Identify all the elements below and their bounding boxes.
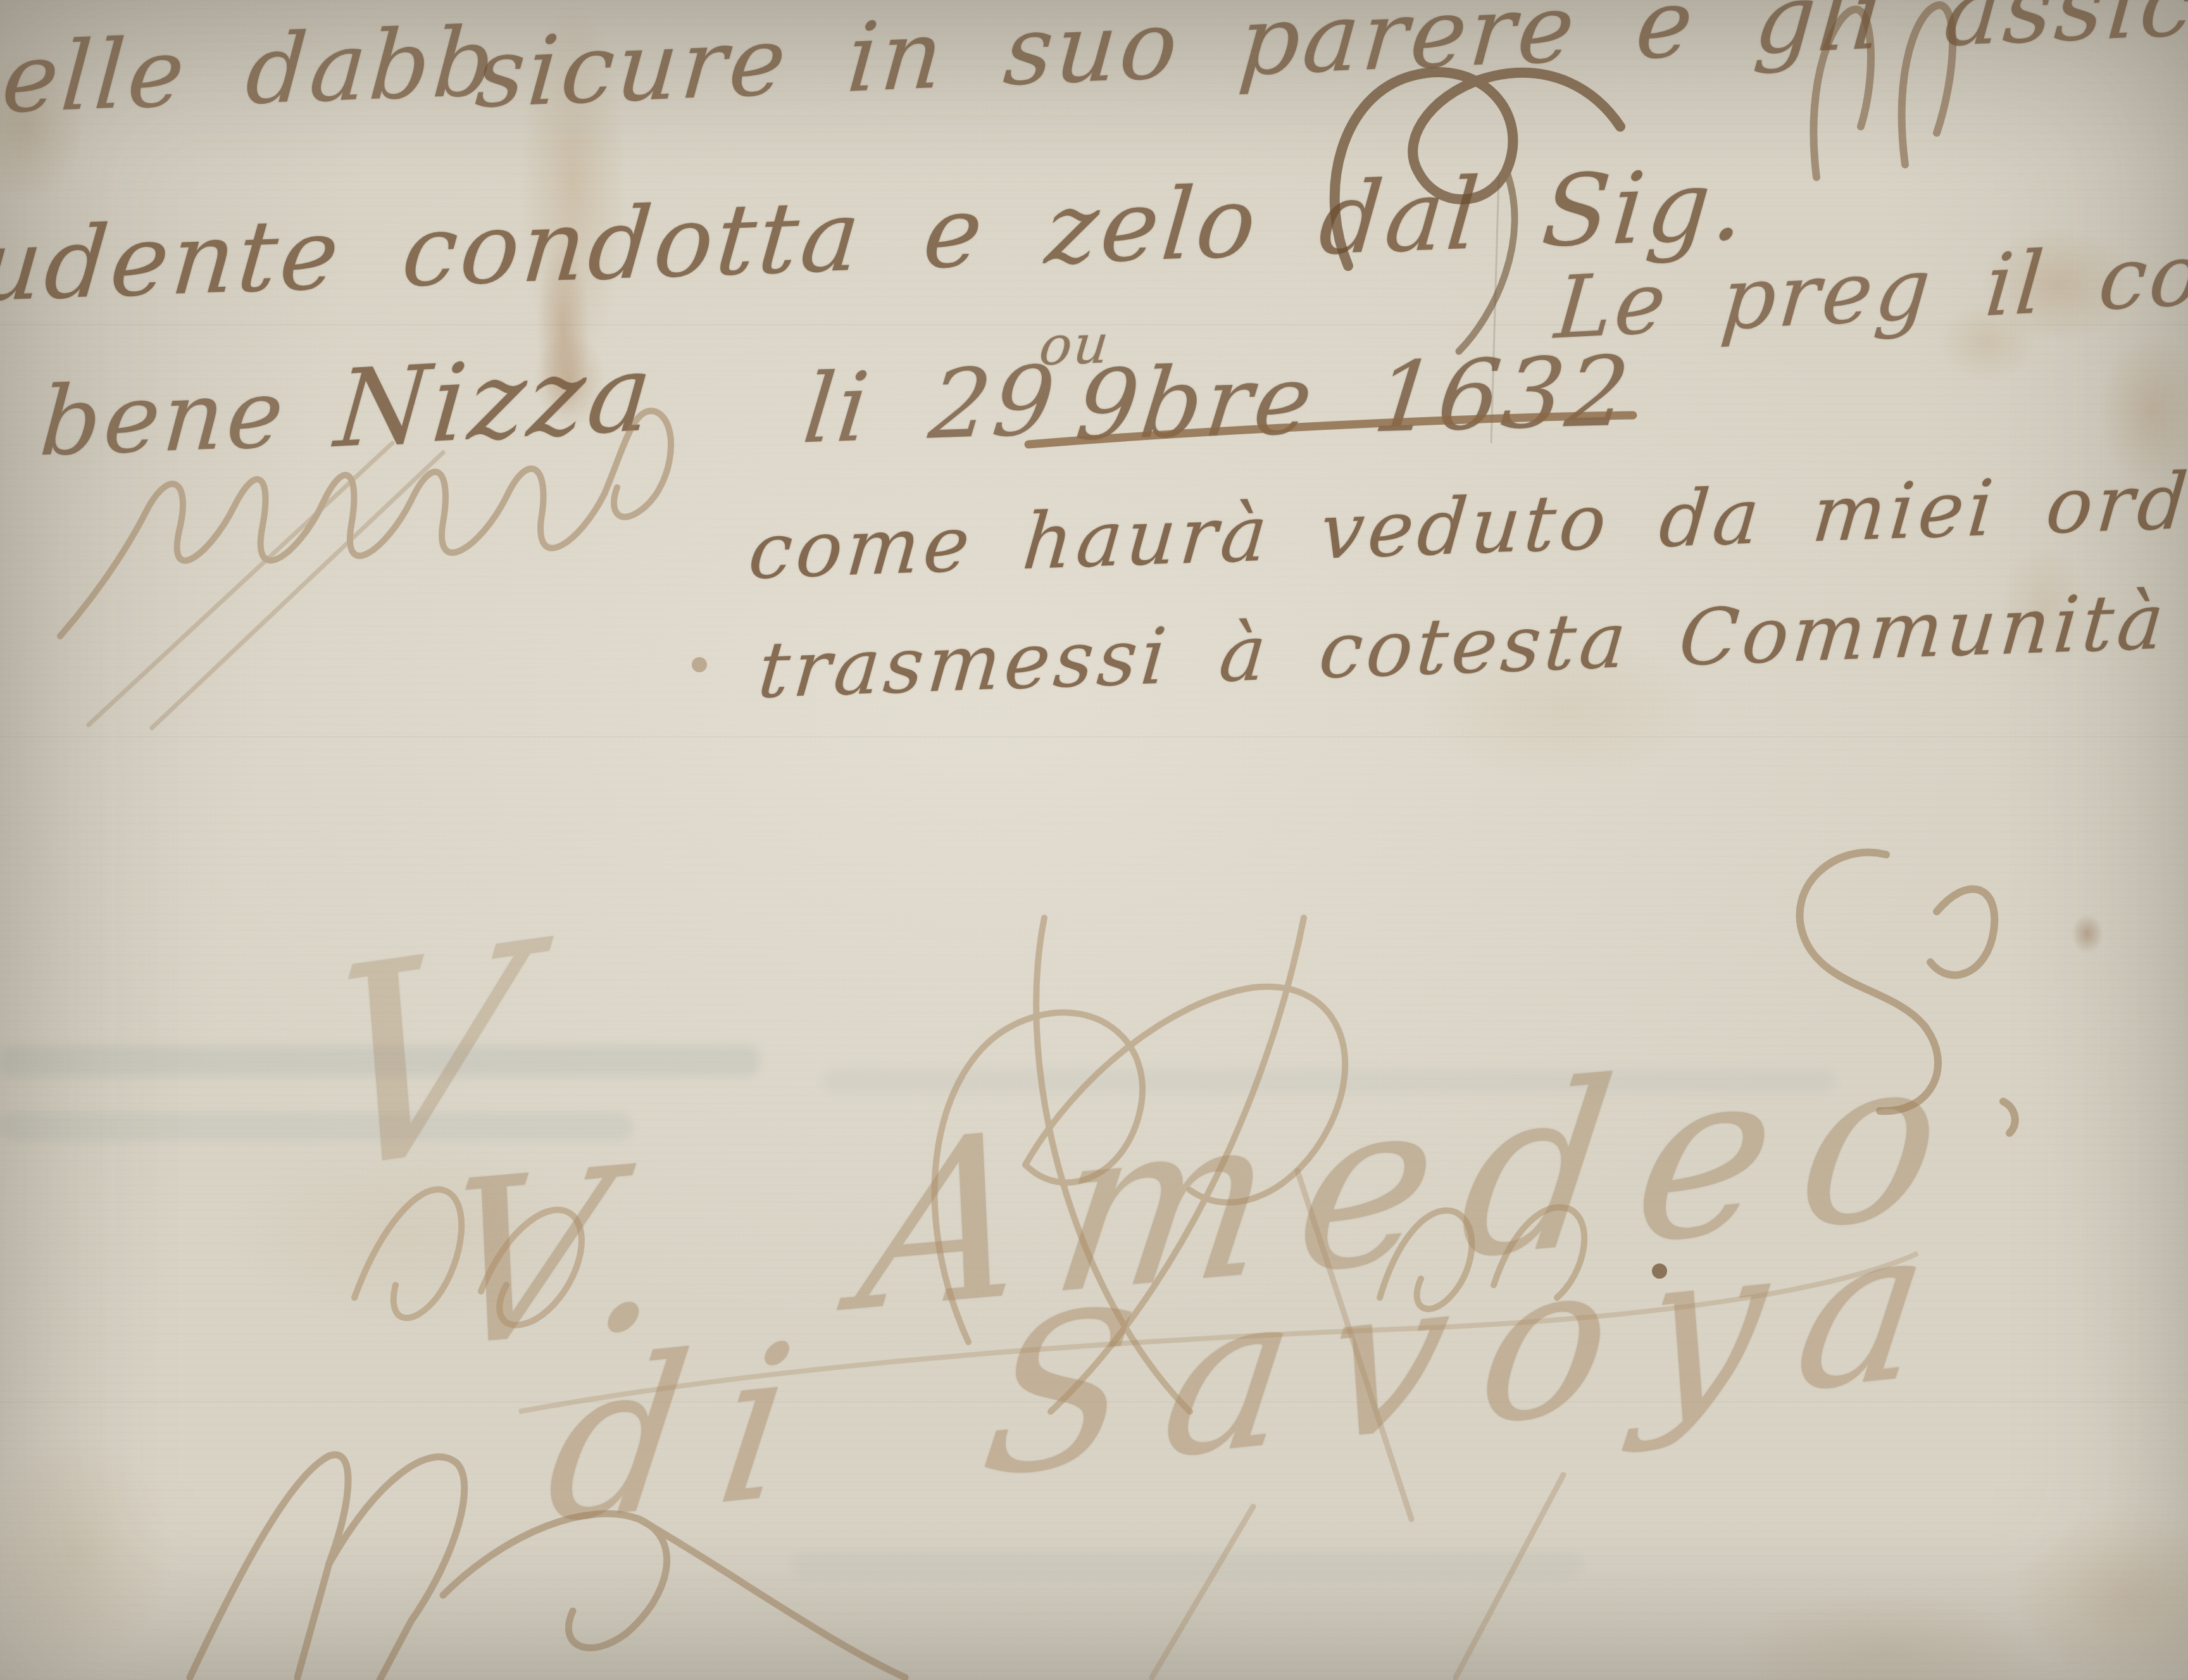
handwriting-body-line2: trasmessi à cotesta Communità: [755, 576, 2172, 715]
handwriting-line1-right: sicure in suo parere e gli assicur: [472, 0, 2188, 130]
dateline-word-before: bene: [37, 358, 290, 477]
handwriting-body-line1: come haurà veduto da miei ordi: [746, 455, 2188, 597]
dateline-place: Nizza: [331, 330, 660, 472]
paper-crease: [0, 736, 2188, 737]
manuscript-photo: elle dabb sicure in suo parere e gli ass…: [0, 0, 2188, 1680]
dateline-month-year: 9bre 1632: [1071, 335, 1637, 462]
show-through-band: [791, 1552, 1582, 1577]
handwriting-line1-left: elle dabb: [0, 7, 501, 135]
handwriting-line2-left: udente condotta e zelo dal Sig.: [0, 147, 1752, 323]
dateline-day: li 29: [799, 346, 1063, 465]
